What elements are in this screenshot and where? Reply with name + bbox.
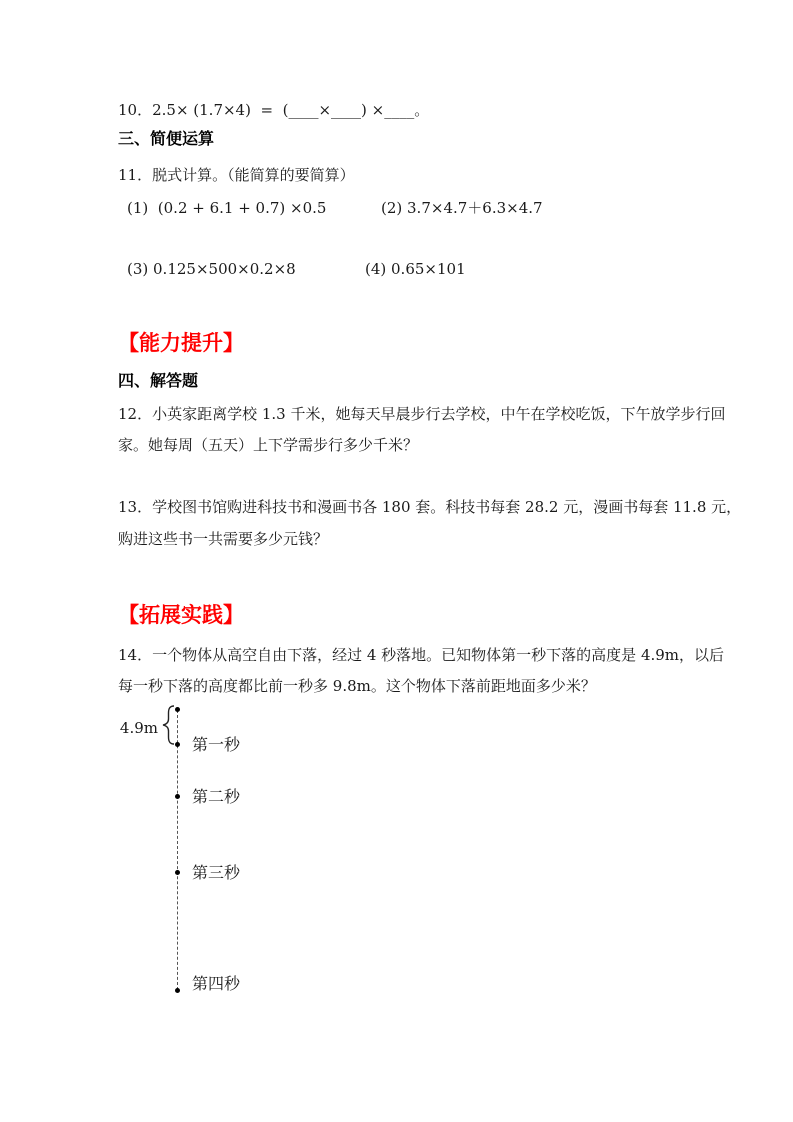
left-brace-icon xyxy=(160,705,176,745)
expression-3: (3) 0.125×500×0.2×8 xyxy=(127,259,296,279)
fall-dashed-line xyxy=(177,710,178,990)
expression-2: (2) 3.7×4.7＋6.3×4.7 xyxy=(381,198,543,218)
second-label-3: 第三秒 xyxy=(192,865,240,881)
expression-1: (1) (0.2 + 6.1 + 0.7) ×0.5 xyxy=(127,198,326,218)
second-label-4: 第四秒 xyxy=(192,976,240,992)
expression-4: (4) 0.65×101 xyxy=(365,259,466,279)
ability-heading: 【能力提升】 xyxy=(118,331,244,357)
distance-label: 4.9m xyxy=(108,721,158,736)
question-12-line-1: 12．小英家距离学校 1.3 千米，她每天早晨步行去学校，中午在学校吃饭，下午放… xyxy=(118,404,725,424)
question-11-prompt: 11．脱式计算。（能简算的要简算） xyxy=(118,165,355,185)
fall-dot-second-3 xyxy=(175,870,180,875)
section-heading-4: 四、解答题 xyxy=(118,372,198,392)
question-10: 10．2.5× (1.7×4) = (____×____) ×____。 xyxy=(118,100,429,120)
section-heading-3: 三、简便运算 xyxy=(118,130,214,150)
extension-heading: 【拓展实践】 xyxy=(118,603,244,629)
question-13-line-1: 13．学校图书馆购进科技书和漫画书各 180 套。科技书每套 28.2 元，漫画… xyxy=(118,497,741,517)
worksheet-page: 10．2.5× (1.7×4) = (____×____) ×____。 三、简… xyxy=(0,0,793,1122)
second-label-1: 第一秒 xyxy=(192,737,240,753)
question-14-line-1: 14．一个物体从高空自由下落，经过 4 秒落地。已知物体第一秒下落的高度是 4.… xyxy=(118,645,724,665)
question-12-line-2: 家。她每周（五天）上下学需步行多少千米？ xyxy=(118,435,418,455)
question-14-line-2: 每一秒下落的高度都比前一秒多 9.8m。这个物体下落前距地面多少米？ xyxy=(118,676,596,696)
fall-dot-second-2 xyxy=(175,794,180,799)
question-13-line-2: 购进这些书一共需要多少元钱？ xyxy=(118,529,328,549)
second-label-2: 第二秒 xyxy=(192,789,240,805)
fall-dot-second-4 xyxy=(175,988,180,993)
